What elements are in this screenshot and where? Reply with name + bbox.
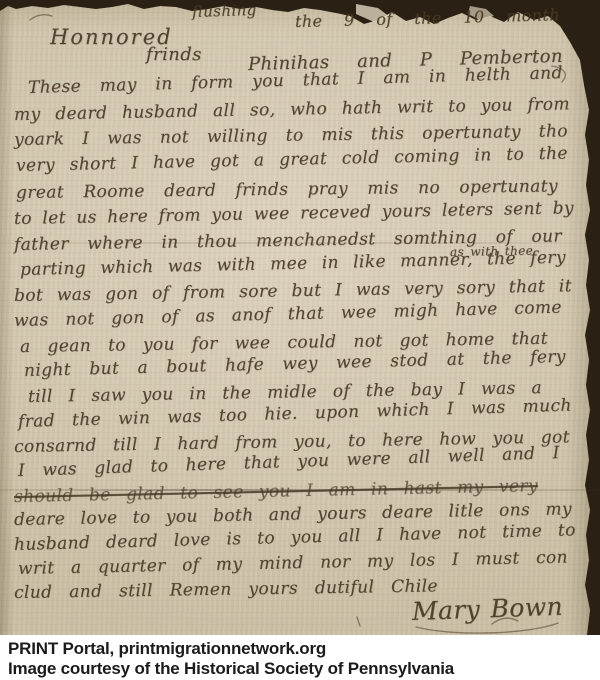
place-name: flushing <box>192 2 257 21</box>
salutation-word: frinds <box>146 45 202 65</box>
credit-caption: PRINT Portal, printmigrationnetwork.org … <box>0 635 600 680</box>
scanned-letter-image: flushing the 9 of the 10 month Honnored … <box>0 0 600 680</box>
credit-line-1: PRINT Portal, printmigrationnetwork.org <box>8 639 600 659</box>
credit-line-2: Image courtesy of the Historical Society… <box>8 659 600 679</box>
signature: Mary Bown <box>412 593 564 626</box>
